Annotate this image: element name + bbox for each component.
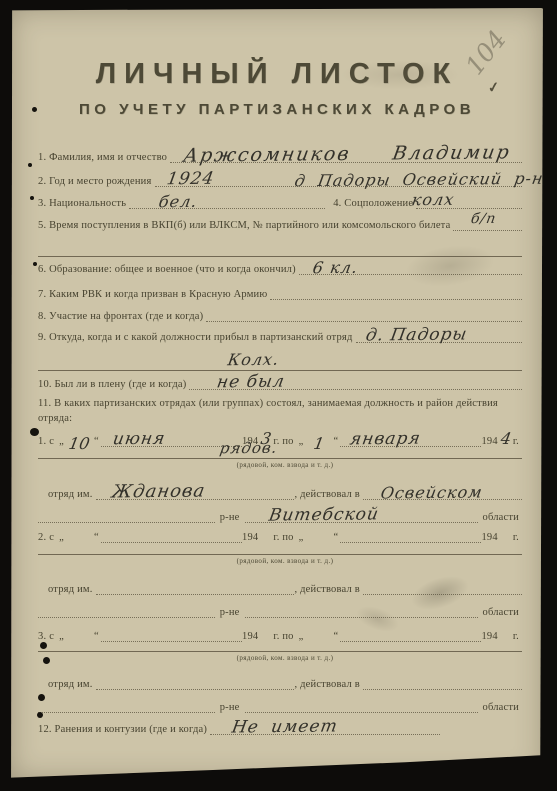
oblasti-label: области	[483, 607, 520, 618]
entry-3-oblast-line	[245, 698, 478, 713]
entry-3-month-line	[101, 627, 242, 642]
entry-1-month2-line: января	[340, 432, 481, 447]
entry-3-area-line	[363, 675, 522, 690]
open-quote: „	[299, 532, 304, 543]
entry-3-number: 3.	[38, 631, 46, 642]
entry-1-date-row: 1. с „ 10 “ июня 194 3 г. по „ 1 “ январ…	[38, 432, 522, 447]
punch-hole-dot	[30, 196, 34, 200]
field-6-value-handwritten: 6 кл.	[311, 258, 359, 277]
field-10-label: 10. Был ли в плену (где и когда)	[38, 379, 186, 390]
entry-1-region-line-left	[38, 508, 215, 523]
field-4-label: 4. Соцположение	[333, 198, 413, 209]
entry-2-region-line-left	[38, 603, 215, 618]
punch-hole-dot	[28, 163, 32, 167]
r-ne-label: р-не	[220, 512, 240, 523]
entry-2-month-line	[101, 528, 242, 543]
field-11-label-line1: 11. В каких партизанских отрядах (или гр…	[38, 398, 522, 409]
entry-1-rank-handwritten: рядов.	[218, 439, 279, 458]
rank-caption: (рядовой, ком. взвода и т. д.)	[120, 557, 450, 565]
field-3-value-handwritten: бел.	[158, 192, 200, 211]
entry-1-day-handwritten: 10	[67, 434, 91, 453]
open-quote: „	[59, 532, 64, 543]
entry-1-otryad-row: отряд им. Жданова , действовал в Освейск…	[38, 485, 522, 500]
entry-2-otryad-row: отряд им. , действовал в	[38, 580, 522, 595]
field-9-row: 9. Откуда, когда и с какой должности при…	[38, 328, 522, 343]
entry-3-region-row: р-не области	[38, 698, 522, 713]
entry-2-month2-line	[340, 528, 481, 543]
entry-1-number: 1.	[38, 436, 46, 447]
close-quote: “	[334, 631, 339, 642]
close-quote: “	[334, 532, 339, 543]
printed-g: г.	[513, 436, 519, 447]
entry-1-region-row: р-не Витебской области	[38, 508, 522, 523]
field-9-line: д. Падоры	[356, 328, 523, 343]
entry-3-otryad-row: отряд им. , действовал в	[38, 675, 522, 690]
printed-g: г.	[513, 532, 519, 543]
entry-2-region-row: р-не области	[38, 603, 522, 618]
oblasti-label: области	[483, 512, 520, 523]
document-subtitle: ПО УЧЕТУ ПАРТИЗАНСКИХ КАДРОВ	[10, 101, 544, 118]
field-1-line: Аржсомников Владимир	[170, 148, 522, 163]
oblasti-label: области	[483, 702, 520, 713]
field-5-label: 5. Время поступления в ВКП(б) или ВЛКСМ,…	[38, 220, 450, 231]
entry-1-day-slot: 10	[66, 433, 92, 447]
field-9-label: 9. Откуда, когда и с какой должности при…	[38, 332, 353, 343]
field-6-line: 6 кл.	[299, 260, 522, 275]
punch-hole-dot	[43, 657, 50, 664]
ruled-line	[38, 256, 522, 257]
entry-1-area-handwritten: Освейском	[379, 482, 484, 502]
entry-3-day2-slot	[306, 628, 332, 642]
field-12-row: 12. Ранения и контузии (где и когда) Не …	[38, 720, 522, 735]
punch-hole-dot	[40, 642, 47, 649]
entry-2-otryad-line	[96, 580, 295, 595]
field-3-4-row: 3. Национальность бел. 4. Соцположение к…	[38, 194, 522, 209]
field-6-row: 6. Образование: общее и военное (что и к…	[38, 260, 522, 275]
printed-194: 194	[481, 436, 497, 447]
field-10-line: не был	[189, 375, 522, 390]
printed-194: 194	[481, 532, 497, 543]
document-title: ЛИЧНЫЙ ЛИСТОК	[10, 58, 544, 91]
close-quote: “	[94, 532, 99, 543]
entry-2-day2-slot	[306, 529, 332, 543]
ruled-line	[38, 651, 522, 652]
punch-hole-dot	[38, 694, 45, 701]
ruled-line: рядов.	[38, 458, 522, 459]
field-2-place-handwritten: д Падоры Освейский р-н	[293, 169, 545, 191]
entry-3-date-row: 3. с „ “ 194 г. по „ “ 194 г.	[38, 627, 522, 642]
otryad-im-label: отряд им.	[48, 679, 93, 690]
printed-g: г.	[513, 631, 519, 642]
field-12-value-handwritten: Не имеет	[230, 716, 339, 737]
field-4-line: колх	[416, 194, 522, 209]
entry-3-otryad-line	[96, 675, 295, 690]
field-10-value-handwritten: не был	[216, 372, 287, 393]
deistvoval-v-label: , действовал в	[294, 489, 359, 500]
entry-1-day2-handwritten: 1	[311, 434, 326, 453]
entry-1-area-line: Освейском	[363, 485, 522, 500]
entry-1-month2-handwritten: января	[349, 429, 423, 450]
field-7-line	[270, 285, 522, 300]
otryad-im-label: отряд им.	[48, 489, 93, 500]
entry-1-oblast-line: Витебской	[245, 508, 478, 523]
field-1-label: 1. Фамилия, имя и отчество	[38, 152, 167, 163]
document-page: 104 ✓ ЛИЧНЫЙ ЛИСТОК ПО УЧЕТУ ПАРТИЗАНСКИ…	[10, 8, 544, 780]
entry-2-number: 2.	[38, 532, 46, 543]
deistvoval-v-label: , действовал в	[294, 584, 359, 595]
open-quote: „	[299, 631, 304, 642]
open-quote: „	[59, 436, 64, 447]
entry-label-s: с	[49, 631, 54, 642]
entry-1-oblast-handwritten: Витебской	[267, 504, 380, 525]
field-12-line: Не имеет	[210, 720, 440, 735]
printed-194: 194	[242, 532, 258, 543]
rank-caption: (рядовой, ком. взвода и т. д.)	[120, 461, 450, 469]
field-2-year-handwritten: 1924	[165, 169, 216, 189]
punch-hole-dot	[33, 262, 37, 266]
field-1-value-handwritten: Аржсомников Владимир	[182, 141, 513, 166]
entry-2-day-slot	[66, 529, 92, 543]
close-quote: “	[94, 436, 99, 447]
r-ne-label: р-не	[220, 702, 240, 713]
field-9-value-handwritten: д. Падоры	[364, 324, 469, 345]
printed-194: 194	[481, 631, 497, 642]
field-2-row: 2. Год и место рождения 1924 д Падоры Ос…	[38, 172, 522, 187]
entry-1-otryad-handwritten: Жданова	[110, 481, 207, 503]
entry-label-s: с	[49, 436, 54, 447]
field-5-value-handwritten: б/п	[470, 211, 498, 227]
entry-3-region-line-left	[38, 698, 215, 713]
entry-2-date-row: 2. с „ “ 194 г. по „ “ 194 г.	[38, 528, 522, 543]
ink-blot	[30, 428, 39, 436]
entry-1-otryad-line: Жданова	[96, 485, 295, 500]
field-7-row: 7. Каким РВК и когда призван в Красную А…	[38, 285, 522, 300]
field-7-label: 7. Каким РВК и когда призван в Красную А…	[38, 289, 267, 300]
close-quote: “	[334, 436, 339, 447]
rank-caption: (рядовой, ком. взвода и т. д.)	[120, 654, 450, 662]
field-11-label-line2: отряда:	[38, 413, 522, 424]
field-4-value-handwritten: колх	[411, 190, 457, 209]
field-3-label: 3. Национальность	[38, 198, 126, 209]
field-8-label: 8. Участие на фронтах (где и когда)	[38, 311, 203, 322]
field-12-label: 12. Ранения и контузии (где и когда)	[38, 724, 207, 735]
otryad-im-label: отряд им.	[48, 584, 93, 595]
ruled-line	[38, 554, 522, 555]
field-8-line	[206, 307, 522, 322]
printed-194: 194	[242, 631, 258, 642]
field-8-row: 8. Участие на фронтах (где и когда)	[38, 307, 522, 322]
r-ne-label: р-не	[220, 607, 240, 618]
open-quote: „	[59, 631, 64, 642]
close-quote: “	[94, 631, 99, 642]
field-5-row: 5. Время поступления в ВКП(б) или ВЛКСМ,…	[38, 216, 522, 231]
entry-1-month-handwritten: июня	[111, 429, 167, 450]
entry-3-month2-line	[340, 627, 481, 642]
punch-hole-dot	[37, 712, 43, 718]
field-5-line: б/п	[453, 216, 522, 231]
punch-hole-dot	[32, 107, 37, 112]
field-10-row: 10. Был ли в плену (где и когда) не был	[38, 375, 522, 390]
entry-label-s: с	[49, 532, 54, 543]
field-3-line: бел.	[129, 194, 325, 209]
entry-3-day-slot	[66, 628, 92, 642]
printed-g-po: г. по	[273, 532, 293, 543]
entry-2-area-line	[363, 580, 522, 595]
entry-2-oblast-line	[245, 603, 478, 618]
field-2-place-line: д Падоры Освейский р-н	[263, 172, 522, 187]
field-9-value2-handwritten: Колх.	[226, 350, 281, 370]
entry-1-day2-slot: 1	[306, 433, 332, 447]
open-quote: „	[299, 436, 304, 447]
field-6-label: 6. Образование: общее и военное (что и к…	[38, 264, 296, 275]
printed-g-po: г. по	[273, 631, 293, 642]
field-1-row: 1. Фамилия, имя и отчество Аржсомников В…	[38, 148, 522, 163]
deistvoval-v-label: , действовал в	[294, 679, 359, 690]
field-2-label: 2. Год и место рождения	[38, 176, 152, 187]
field-2-year-line: 1924	[155, 172, 263, 187]
